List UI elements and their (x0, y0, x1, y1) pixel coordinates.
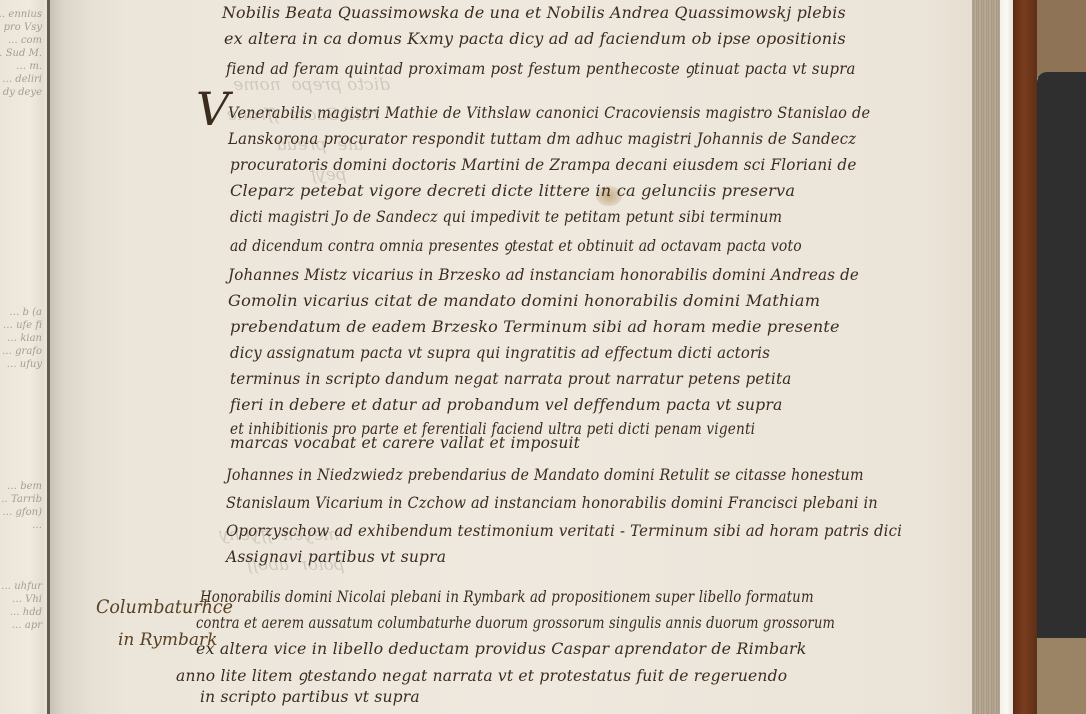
manuscript-line: dicti magistri Jo de Sandecz qui impediv… (230, 208, 782, 226)
facing-page-text-block: … uhfur … Vhi … hdd … apr (0, 580, 42, 632)
manuscript-line: ex altera vice in libello deductam provi… (196, 640, 807, 658)
manuscript-line: Lanskorona procurator respondit tuttam d… (228, 130, 856, 148)
manuscript-line: procuratoris domini doctoris Martini de … (230, 156, 857, 174)
facing-page-text-block: … ennius … pro Vsy … com … Sud M. … m. …… (0, 8, 42, 99)
manuscript-line: prebendatum de eadem Brzesko Terminum si… (230, 318, 840, 336)
manuscript-line: Johannes in Niedzwiedz prebendarius de M… (226, 466, 864, 484)
cover-board-top (1037, 0, 1086, 78)
manuscript-line: Oporzyschow ad exhibendum testimonium ve… (226, 522, 902, 540)
cover-felt-lining (1037, 72, 1086, 644)
manuscript-line: Cleparz petebat vigore decreti dicte lit… (230, 182, 795, 200)
facing-page-text-block: … b (a … ufe fi … kian … grafo … ufuy (0, 306, 42, 371)
manuscript-line: dicy assignatum pacta vt supra qui ingra… (230, 344, 770, 362)
gutter-shadow (50, 0, 90, 714)
facing-page-text-block: … bem … Tarrib … gfon) … (0, 480, 42, 532)
manuscript-line: Assignavi partibus vt supra (226, 548, 446, 566)
page-block-edge (972, 0, 1002, 714)
manuscript-line: terminus in scripto dandum negat narrata… (230, 370, 792, 388)
initial-letter: V (196, 86, 229, 132)
manuscript-line: Johannes Mistz vicarius in Brzesko ad in… (228, 266, 859, 284)
leather-binding (1013, 0, 1037, 714)
manuscript-line: Nobilis Beata Quassimowska de una et Nob… (222, 4, 846, 22)
endpaper-edge (1000, 0, 1013, 714)
manuscript-line: Honorabilis domini Nicolai plebani in Ry… (200, 588, 814, 606)
manuscript-line: Gomolin vicarius citat de mandato domini… (228, 292, 820, 310)
manuscript-line: ex altera in ca domus Kxmy pacta dicy ad… (224, 30, 846, 48)
manuscript-line: fieri in debere et datur ad probandum ve… (230, 396, 783, 414)
manuscript-line: fiend ad feram quintad proximam post fes… (226, 57, 856, 79)
cover-board-bottom (1037, 638, 1086, 714)
manuscript-line: marcas vocabat et carere vallat et impos… (230, 434, 580, 452)
manuscript-line: ad dicendum contra omnia presentes ꝯtest… (230, 234, 802, 256)
manuscript-line: anno lite litem ꝯtestando negat narrata … (176, 664, 787, 686)
manuscript-line: Stanislaum Vicarium in Czchow ad instanc… (226, 494, 878, 512)
facing-page-edge: … ennius … pro Vsy … com … Sud M. … m. …… (0, 0, 44, 714)
manuscript-line: Venerabilis magistri Mathie de Vithslaw … (228, 104, 870, 122)
manuscript-line: in scripto partibus vt supra (200, 688, 420, 706)
manuscript-line: contra et aerem aussatum columbaturhe du… (196, 614, 835, 632)
